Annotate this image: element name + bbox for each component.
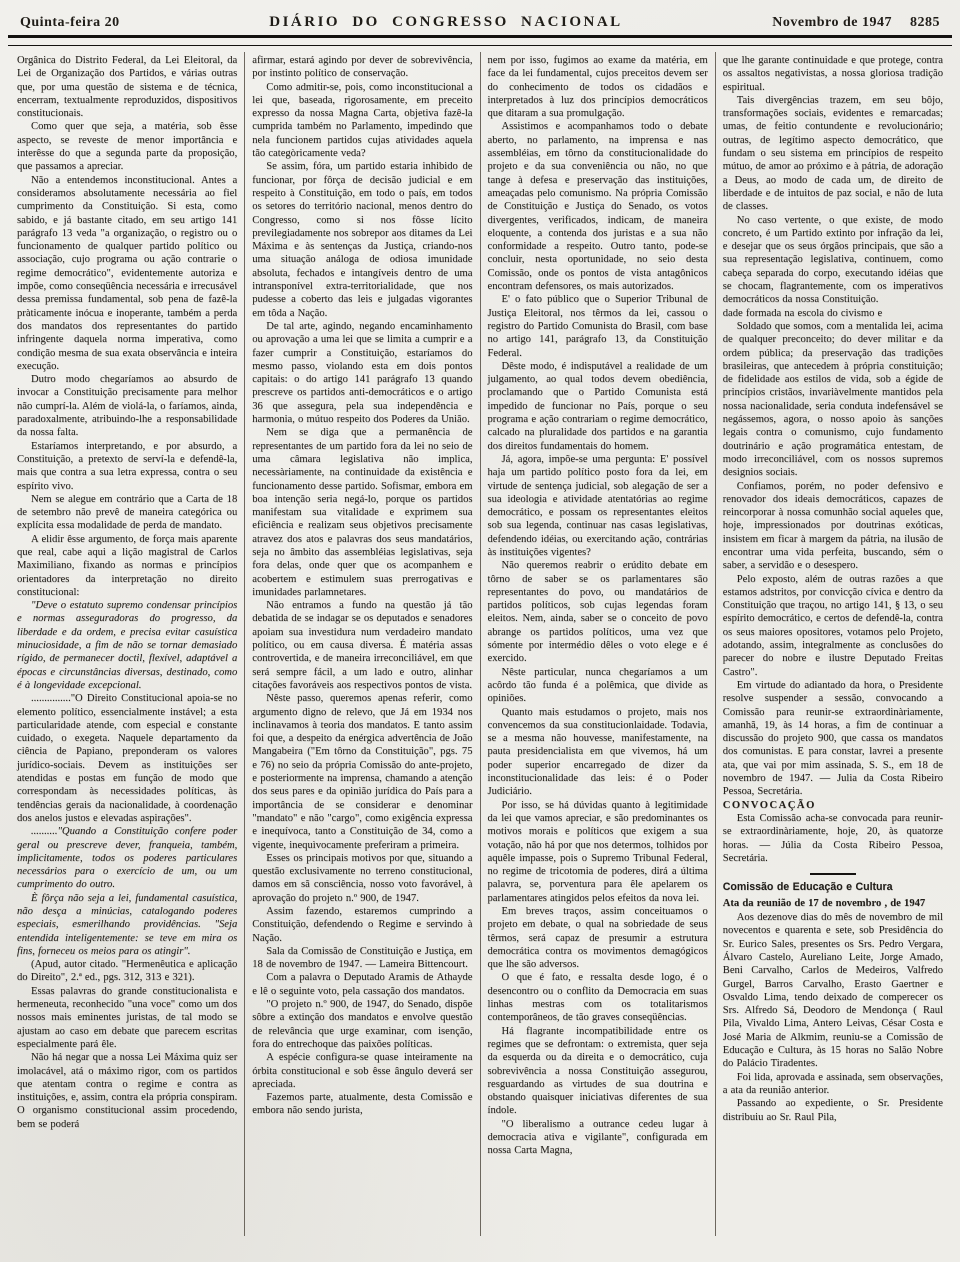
paragraph: Por isso, se há dúvidas quanto à legitim… [488,799,708,905]
paragraph: Nem se diga que a permanência de represe… [252,426,472,599]
paragraph: nem por isso, fugimos ao exame da matéri… [488,54,708,120]
paragraph: Quanto mais estudamos o projeto, mais no… [488,706,708,799]
ata-subheading: Ata da reunião de 17 de novembro , de 19… [723,897,943,911]
paragraph: "O liberalismo a outrance cedeu lugar à … [488,1118,708,1158]
paragraph: Pelo exposto, além de outras razões a qu… [723,573,943,679]
paragraph: Assistimos e acompanhamos todo o debate … [488,120,708,293]
paragraph: Nêste passo, queremos apenas referir, co… [252,692,472,852]
issue-date-block: Novembro de 1947 8285 [772,15,940,31]
newspaper-page: Quinta-feira 20 DIÁRIO DO CONGRESSO NACI… [0,0,960,1262]
text-column-4: que lhe garante continuidade e que prote… [716,52,950,1236]
paragraph: Já, agora, impõe-se uma pergunta: E' pos… [488,453,708,559]
paragraph: Nem se alegue em contrário que a Carta d… [17,493,237,533]
paragraph: (Apud, autor citado. "Hermenêutica e apl… [17,958,237,985]
paragraph: Sala da Comissão de Constituição e Justi… [252,945,472,972]
paragraph: Assim fazendo, estaremos cumprindo a Con… [252,905,472,945]
paragraph: Em virtude do adiantado da hora, o Presi… [723,679,943,799]
paragraph: Fazemos parte, atualmente, desta Comissã… [252,1091,472,1118]
paragraph: .........."Quando a Constituição confere… [17,825,237,891]
paragraph: Soldado que somos, com a mentalida lei, … [723,320,943,480]
paragraph: Como admitir-se, pois, como inconstituci… [252,81,472,161]
paragraph: ..............."O Direito Constitucional… [17,692,237,825]
paragraph: No caso vertente, o que existe, de modo … [723,214,943,307]
text-column-1: Orgânica do Distrito Federal, da Lei Ele… [10,52,245,1236]
paragraph: Nêste particular, nunca chegaríamos a um… [488,666,708,706]
paragraph: A elidir êsse argumento, de força mais a… [17,533,237,599]
publication-title: DIÁRIO DO CONGRESSO NACIONAL [269,14,622,31]
paragraph: De tal arte, agindo, negando encaminhame… [252,320,472,426]
paragraph: Dutro modo chegaríamos ao absurdo de inv… [17,373,237,439]
paragraph: dade formada na escola do civismo e [723,307,943,320]
paragraph: Esses os principais motivos por que, sit… [252,852,472,905]
paragraph: Com a palavra o Deputado Aramis de Athay… [252,971,472,998]
paragraph: Esta Comissão acha-se convocada para reu… [723,812,943,865]
paragraph: Se assim, fóra, um partido estaria inhib… [252,160,472,320]
paragraph: È fôrça não seja a lei, fundamental casu… [17,892,237,958]
comissao-educacao-heading: Comissão de Educação e Cultura [723,877,943,897]
paragraph: Dêste modo, é indisputável a realidade d… [488,360,708,453]
paragraph: Confiamos, porém, no poder defensivo e r… [723,480,943,573]
paragraph: Passando ao expediente, o Sr. Presidente… [723,1097,943,1124]
paragraph: A espécie configura-se quase inteirament… [252,1051,472,1091]
paragraph: Há flagrante incompatibilidade entre os … [488,1025,708,1118]
paragraph: Em breves traços, assim conceituamos o p… [488,905,708,971]
text-column-3: nem por isso, fugimos ao exame da matéri… [481,52,716,1236]
paragraph: Tais divergências trazem, em seu bôjo, t… [723,94,943,214]
paragraph: Não a entendemos inconstitucional. Antes… [17,174,237,373]
masthead-rule [8,35,952,46]
issue-weekday: Quinta-feira 20 [20,15,120,31]
paragraph: O que é fato, e ressalta desde logo, é o… [488,971,708,1024]
issue-date: Novembro de 1947 [772,15,892,30]
paragraph: afirmar, estará agindo por dever de sobr… [252,54,472,81]
paragraph: "Deve o estatuto supremo condensar princ… [17,599,237,692]
paragraph: Não há negar que a nossa Lei Máxima quiz… [17,1051,237,1131]
article-columns: Orgânica do Distrito Federal, da Lei Ele… [6,48,954,1236]
masthead: Quinta-feira 20 DIÁRIO DO CONGRESSO NACI… [6,6,954,35]
convocacao-heading: CONVOCAÇÃO [723,799,943,812]
paragraph: Estaríamos interpretando, e por absurdo,… [17,440,237,493]
paragraph: Não entramos a fundo na questão já tão d… [252,599,472,692]
paragraph: Não queremos reabrir o erúdito debate em… [488,559,708,665]
paragraph: Orgânica do Distrito Federal, da Lei Ele… [17,54,237,120]
paragraph: "O projeto n.º 900, de 1947, do Senado, … [252,998,472,1051]
paragraph: Como quer que seja, a matéria, sob êsse … [17,120,237,173]
text-column-2: afirmar, estará agindo por dever de sobr… [245,52,480,1236]
paragraph: Foi lida, aprovada e assinada, sem obser… [723,1071,943,1098]
paragraph: que lhe garante continuidade e que prote… [723,54,943,94]
paragraph: Essas palavras do grande constitucionali… [17,985,237,1051]
section-divider [810,873,856,875]
paragraph: Aos dezenove dias do mês de novembro de … [723,911,943,1071]
page-number: 8285 [910,15,940,30]
paragraph: E' o fato público que o Superior Tribuna… [488,293,708,359]
